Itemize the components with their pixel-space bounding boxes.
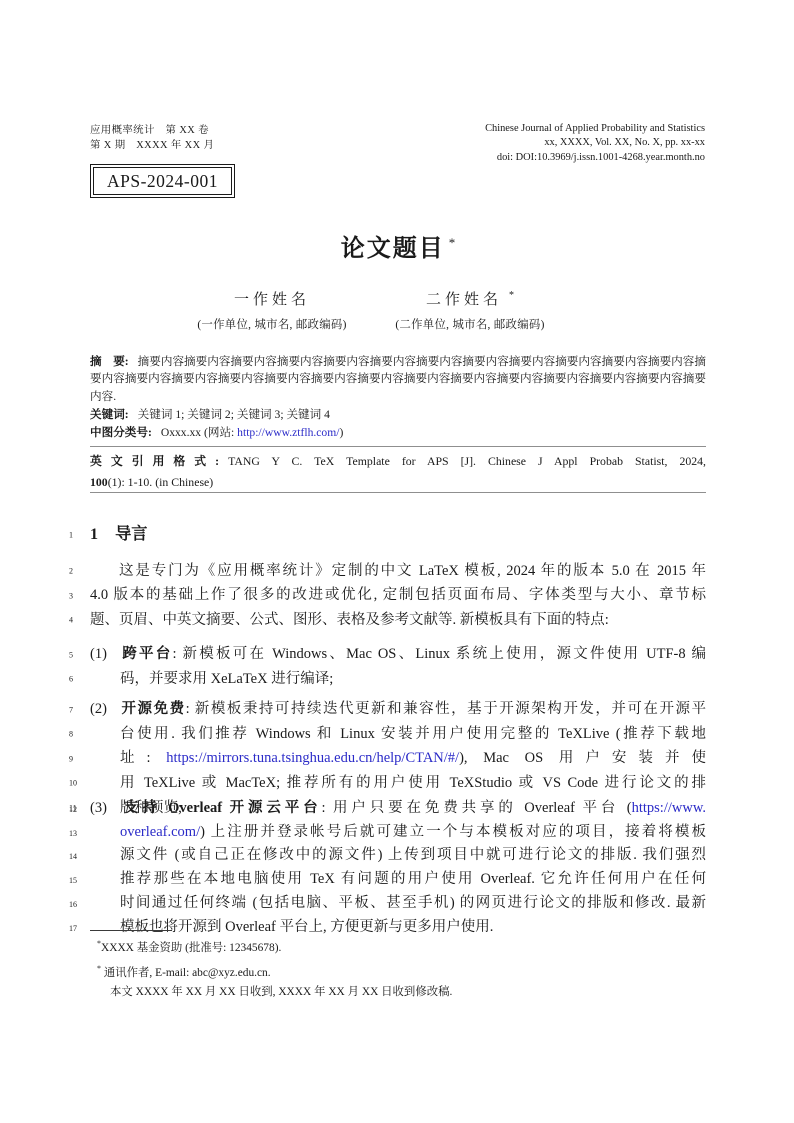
line-number: 9 — [69, 748, 73, 773]
line-number: 1 — [69, 523, 73, 548]
footnotes-section: *XXXX 基金资助 (批准号: 12345678).* 通讯作者, E-mai… — [97, 934, 697, 1003]
keywords-text: 关键词 1; 关键词 2; 关键词 3; 关键词 4 — [138, 408, 330, 421]
text-run: ), Mac OS 用户安装并使 — [459, 750, 706, 766]
footnote-rule — [90, 930, 172, 931]
body-line: 16时间通过任何终端 (包括电脑、平板、甚至手机) 的网页进行论文的排版和修改.… — [90, 892, 706, 916]
footnote-item: 本文 XXXX 年 XX 月 XX 日收到, XXXX 年 XX 月 XX 日收… — [97, 983, 697, 1003]
footnote-text: 通讯作者, E-mail: abc@xyz.edu.cn. — [101, 966, 271, 978]
citation-text: TANG Y C. TeX Template for APS [J]. Chin… — [228, 454, 706, 468]
section-heading: 11导言 — [90, 522, 706, 547]
clc-row: 中图分类号:Oxxx.xx (网站: http://www.ztflh.com/… — [90, 424, 706, 441]
section-number: 1 — [90, 525, 98, 543]
footnote-text: 本文 XXXX 年 XX 月 XX 日收到, XXXX 年 XX 月 XX 日收… — [110, 986, 452, 998]
abstract-paragraph: 摘 要:摘要内容摘要内容摘要内容摘要内容摘要内容摘要内容摘要内容摘要内容摘要内容… — [90, 353, 706, 405]
line-number: 15 — [69, 869, 77, 893]
line-number: 17 — [69, 917, 77, 941]
text-run: (1): 1-10. (in Chinese) — [108, 475, 214, 489]
line-number: 5 — [69, 643, 73, 668]
journal-name-en: Chinese Journal of Applied Probability a… — [485, 122, 705, 136]
list-marker: (2) — [90, 697, 120, 722]
author-affiliation: (二作单位, 城市名, 邮政编码) — [350, 316, 590, 332]
keywords-label: 关键词: — [90, 408, 129, 421]
paper-page: 应用概率统计 第 XX 卷 第 X 期 XXXX 年 XX 月 Chinese … — [0, 0, 794, 1123]
footnote-text: XXXX 基金资助 (批准号: 12345678). — [101, 942, 281, 954]
body-block-items-1-2: 5(1)跨平台: 新模板可在 Windows、Mac OS、Linux 系统上使… — [90, 642, 706, 820]
text-run: 推荐那些在本地电脑使用 TeX 有问题的用户使用 Overleaf. 它允许任何… — [120, 871, 706, 887]
author-name-text: 二作姓名 — [426, 292, 502, 308]
abstract-section: 摘 要:摘要内容摘要内容摘要内容摘要内容摘要内容摘要内容摘要内容摘要内容摘要内容… — [90, 353, 706, 441]
text-run: ) — [339, 426, 343, 439]
line-number: 8 — [69, 723, 73, 748]
body-line: 6码，并要求用 XeLaTeX 进行编译; — [90, 667, 706, 692]
body-line: 15推荐那些在本地电脑使用 TeX 有问题的用户使用 Overleaf. 它允许… — [90, 868, 706, 892]
body-line: 12(3)支持 Overleaf 开源云平台: 用户只要在免费共享的 Overl… — [90, 797, 706, 821]
journal-header-en: Chinese Journal of Applied Probability a… — [485, 122, 705, 165]
line-number: 4 — [69, 609, 73, 634]
abstract-text: 摘要内容摘要内容摘要内容摘要内容摘要内容摘要内容摘要内容摘要内容摘要内容摘要内容… — [90, 355, 706, 403]
text-run: 码，并要求用 XeLaTeX 进行编译; — [120, 671, 333, 687]
line-number: 13 — [69, 822, 77, 846]
body-line: 34.0 版本的基础上作了很多的改进或优化, 定制包括页面布局、字体类型与大小、… — [90, 583, 706, 608]
text-run: TANG Y C. TeX Template for APS [J]. Chin… — [228, 454, 706, 468]
text-run: 时间通过任何终端 (包括电脑、平板、甚至手机) 的网页进行论文的排版和修改. 最… — [120, 895, 706, 911]
author-block-2: 二作姓名 * (二作单位, 城市名, 邮政编码) — [350, 288, 590, 332]
text-run: 址: — [120, 750, 166, 766]
citation-text: 100(1): 1-10. (in Chinese) — [90, 475, 213, 489]
body-block-intro: 11导言2这是专门为《应用概率统计》定制的中文 LaTeX 模板, 2024 年… — [90, 522, 706, 632]
text-run: 这是专门为《应用概率统计》定制的中文 LaTeX 模板, 2024 年的版本 5… — [119, 563, 706, 579]
line-number: 6 — [69, 668, 73, 693]
section-title: 导言 — [115, 525, 147, 543]
line-number: 2 — [69, 560, 73, 585]
text-run: 4.0 版本的基础上作了很多的改进或优化, 定制包括页面布局、字体类型与大小、章… — [90, 587, 706, 603]
divider-rule-top — [90, 446, 706, 447]
url-link[interactable]: http://www.ztflh.com/ — [237, 426, 339, 439]
bold-text: 跨平台 — [120, 646, 173, 662]
body-line: 4题、页眉、中英文摘要、公式、图形、表格及参考文献等. 新模板具有下面的特点: — [90, 608, 706, 633]
body-line: 2这是专门为《应用概率统计》定制的中文 LaTeX 模板, 2024 年的版本 … — [90, 559, 706, 584]
citation-section: 英文引用格式:TANG Y C. TeX Template for APS [J… — [90, 451, 706, 492]
line-number: 3 — [69, 584, 73, 609]
text-run: : 新模板秉持可持续迭代更新和兼容性，基于开源架构开发，并可在开源平 — [186, 701, 706, 717]
body-line: 5(1)跨平台: 新模板可在 Windows、Mac OS、Linux 系统上使… — [90, 642, 706, 667]
abstract-label: 摘 要: — [90, 355, 129, 368]
paper-title-text: 论文题目 — [341, 236, 445, 262]
title-footnote-mark: * — [449, 235, 456, 250]
body-line: 10用 TeXLive 或 MacTeX; 推荐所有的用户使用 TeXStudi… — [90, 771, 706, 796]
clc-text: Oxxx.xx (网站: http://www.ztflh.com/) — [161, 426, 344, 439]
url-link[interactable]: overleaf.com/ — [120, 824, 200, 840]
line-number: 16 — [69, 893, 77, 917]
keywords-row: 关键词:关键词 1; 关键词 2; 关键词 3; 关键词 4 — [90, 406, 706, 423]
line-number: 7 — [69, 698, 73, 723]
text-run: 模板也将开源到 Overleaf 平台上, 方便更新与更多用户使用. — [120, 919, 493, 935]
line-number: 10 — [69, 772, 77, 797]
body-block-item-3: 12(3)支持 Overleaf 开源云平台: 用户只要在免费共享的 Overl… — [90, 797, 706, 939]
clc-label: 中图分类号: — [90, 426, 152, 439]
manuscript-id-text: APS-2024-001 — [93, 167, 232, 195]
author-name-text: 一作姓名 — [234, 292, 310, 308]
list-marker: (3) — [90, 797, 120, 821]
bold-text: 开源免费 — [120, 701, 186, 717]
footnote-item: * 通讯作者, E-mail: abc@xyz.edu.cn. — [97, 959, 697, 984]
text-run: 台使用. 我们推荐 Windows 和 Linux 安装并用户使用完整的 TeX… — [120, 726, 706, 742]
journal-header-cn: 应用概率统计 第 XX 卷 第 X 期 XXXX 年 XX 月 — [90, 123, 214, 153]
text-run: : 用户只要在免费共享的 Overleaf 平台 ( — [321, 800, 631, 816]
text-run: 用 TeXLive 或 MacTeX; 推荐所有的用户使用 TeXStudio … — [120, 775, 706, 791]
journal-name-cn: 应用概率统计 第 XX 卷 — [90, 123, 214, 138]
issue-info-cn: 第 X 期 XXXX 年 XX 月 — [90, 138, 214, 153]
body-line: 8台使用. 我们推荐 Windows 和 Linux 安装并用户使用完整的 Te… — [90, 722, 706, 747]
citation-line: 100(1): 1-10. (in Chinese) — [90, 472, 706, 493]
body-line: 9址: https://mirrors.tuna.tsinghua.edu.cn… — [90, 746, 706, 771]
author-name: 二作姓名 * — [350, 288, 590, 309]
manuscript-id-badge: APS-2024-001 — [90, 164, 235, 198]
text-run: Oxxx.xx (网站: — [161, 426, 237, 439]
body-line: 13overleaf.com/) 上注册并登录帐号后就可建立一个与本模板对应的项… — [90, 821, 706, 845]
issue-info-en: xx, XXXX, Vol. XX, No. X, pp. xx-xx — [485, 136, 705, 150]
url-link[interactable]: https://mirrors.tuna.tsinghua.edu.cn/hel… — [166, 750, 459, 766]
body-line: 7(2)开源免费: 新模板秉持可持续迭代更新和兼容性，基于开源架构开发，并可在开… — [90, 697, 706, 722]
line-number: 14 — [69, 846, 77, 870]
text-run: 源文件 (或自己正在修改中的源文件) 上传到项目中就可进行论文的排版. 我们强烈 — [120, 847, 706, 863]
corresponding-author-mark: * — [509, 290, 514, 301]
footnote-item: *XXXX 基金资助 (批准号: 12345678). — [97, 934, 697, 959]
text-run: ) 上注册并登录帐号后就可建立一个与本模板对应的项目，接着将模板 — [200, 824, 706, 840]
divider-rule-bottom — [90, 492, 706, 493]
text-run: : 新模板可在 Windows、Mac OS、Linux 系统上使用，源文件使用… — [173, 646, 706, 662]
line-number: 12 — [69, 798, 77, 822]
url-link[interactable]: https://www. — [632, 800, 706, 816]
doi-line: doi: DOI:10.3969/j.issn.1001-4268.year.m… — [485, 151, 705, 165]
bold-text: 100 — [90, 475, 108, 489]
bold-text: 支持 Overleaf 开源云平台 — [120, 800, 321, 816]
paper-title: 论文题目 * — [90, 228, 706, 263]
text-run: 题、页眉、中英文摘要、公式、图形、表格及参考文献等. 新模板具有下面的特点: — [90, 612, 609, 628]
list-marker: (1) — [90, 642, 120, 667]
citation-label: 英文引用格式: — [90, 454, 219, 468]
citation-line: 英文引用格式:TANG Y C. TeX Template for APS [J… — [90, 451, 706, 472]
body-line: 14源文件 (或自己正在修改中的源文件) 上传到项目中就可进行论文的排版. 我们… — [90, 844, 706, 868]
